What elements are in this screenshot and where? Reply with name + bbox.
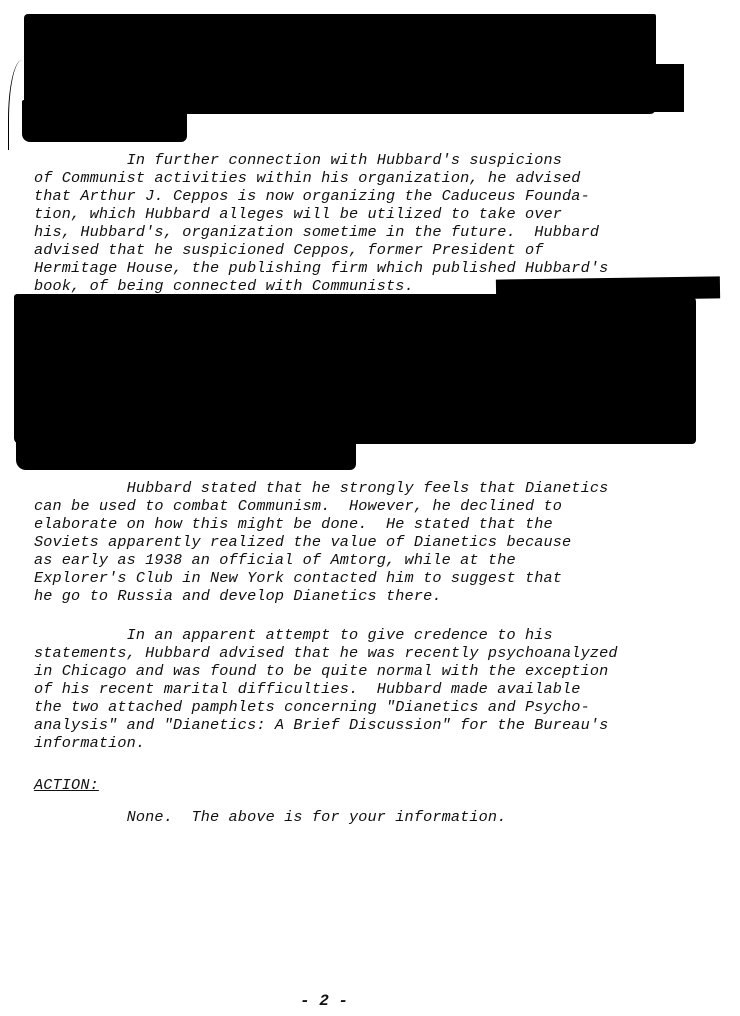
- redaction-block-top-extension: [400, 64, 684, 112]
- text-line: advised that he suspicioned Ceppos, form…: [34, 241, 544, 259]
- text-line: book, of being connected with Communists…: [34, 277, 414, 295]
- text-line: information.: [34, 734, 145, 752]
- redaction-block-middle-bottom: [16, 420, 356, 470]
- text-line: in Chicago and was found to be quite nor…: [34, 662, 608, 680]
- text-line: of his recent marital difficulties. Hubb…: [34, 680, 581, 698]
- text-line: elaborate on how this might be done. He …: [34, 515, 553, 533]
- text-line: analysis" and "Dianetics: A Brief Discus…: [34, 716, 608, 734]
- document-page: In further connection with Hubbard's sus…: [0, 0, 740, 1016]
- text-line: Hermitage House, the publishing firm whi…: [34, 259, 608, 277]
- text-line: tion, which Hubbard alleges will be util…: [34, 205, 562, 223]
- action-text: None. The above is for your information.: [34, 808, 506, 826]
- text-line: Soviets apparently realized the value of…: [34, 533, 571, 551]
- text-line: the two attached pamphlets concerning "D…: [34, 698, 590, 716]
- page-number: - 2 -: [300, 992, 348, 1010]
- text-line: his, Hubbard's, organization sometime in…: [34, 223, 599, 241]
- text-line: that Arthur J. Ceppos is now organizing …: [34, 187, 590, 205]
- text-line: In an apparent attempt to give credence …: [34, 626, 553, 644]
- margin-pen-mark: [8, 60, 23, 150]
- text-line: of Communist activities within his organ…: [34, 169, 581, 187]
- text-line: statements, Hubbard advised that he was …: [34, 644, 618, 662]
- text-line: can be used to combat Communism. However…: [34, 497, 562, 515]
- text-line: he go to Russia and develop Dianetics th…: [34, 587, 442, 605]
- redaction-block-top-tail: [22, 100, 187, 142]
- text-line: In further connection with Hubbard's sus…: [34, 151, 562, 169]
- text-line: as early as 1938 an official of Amtorg, …: [34, 551, 516, 569]
- action-heading: ACTION:: [34, 776, 99, 794]
- text-line: Hubbard stated that he strongly feels th…: [34, 479, 608, 497]
- text-line: Explorer's Club in New York contacted hi…: [34, 569, 562, 587]
